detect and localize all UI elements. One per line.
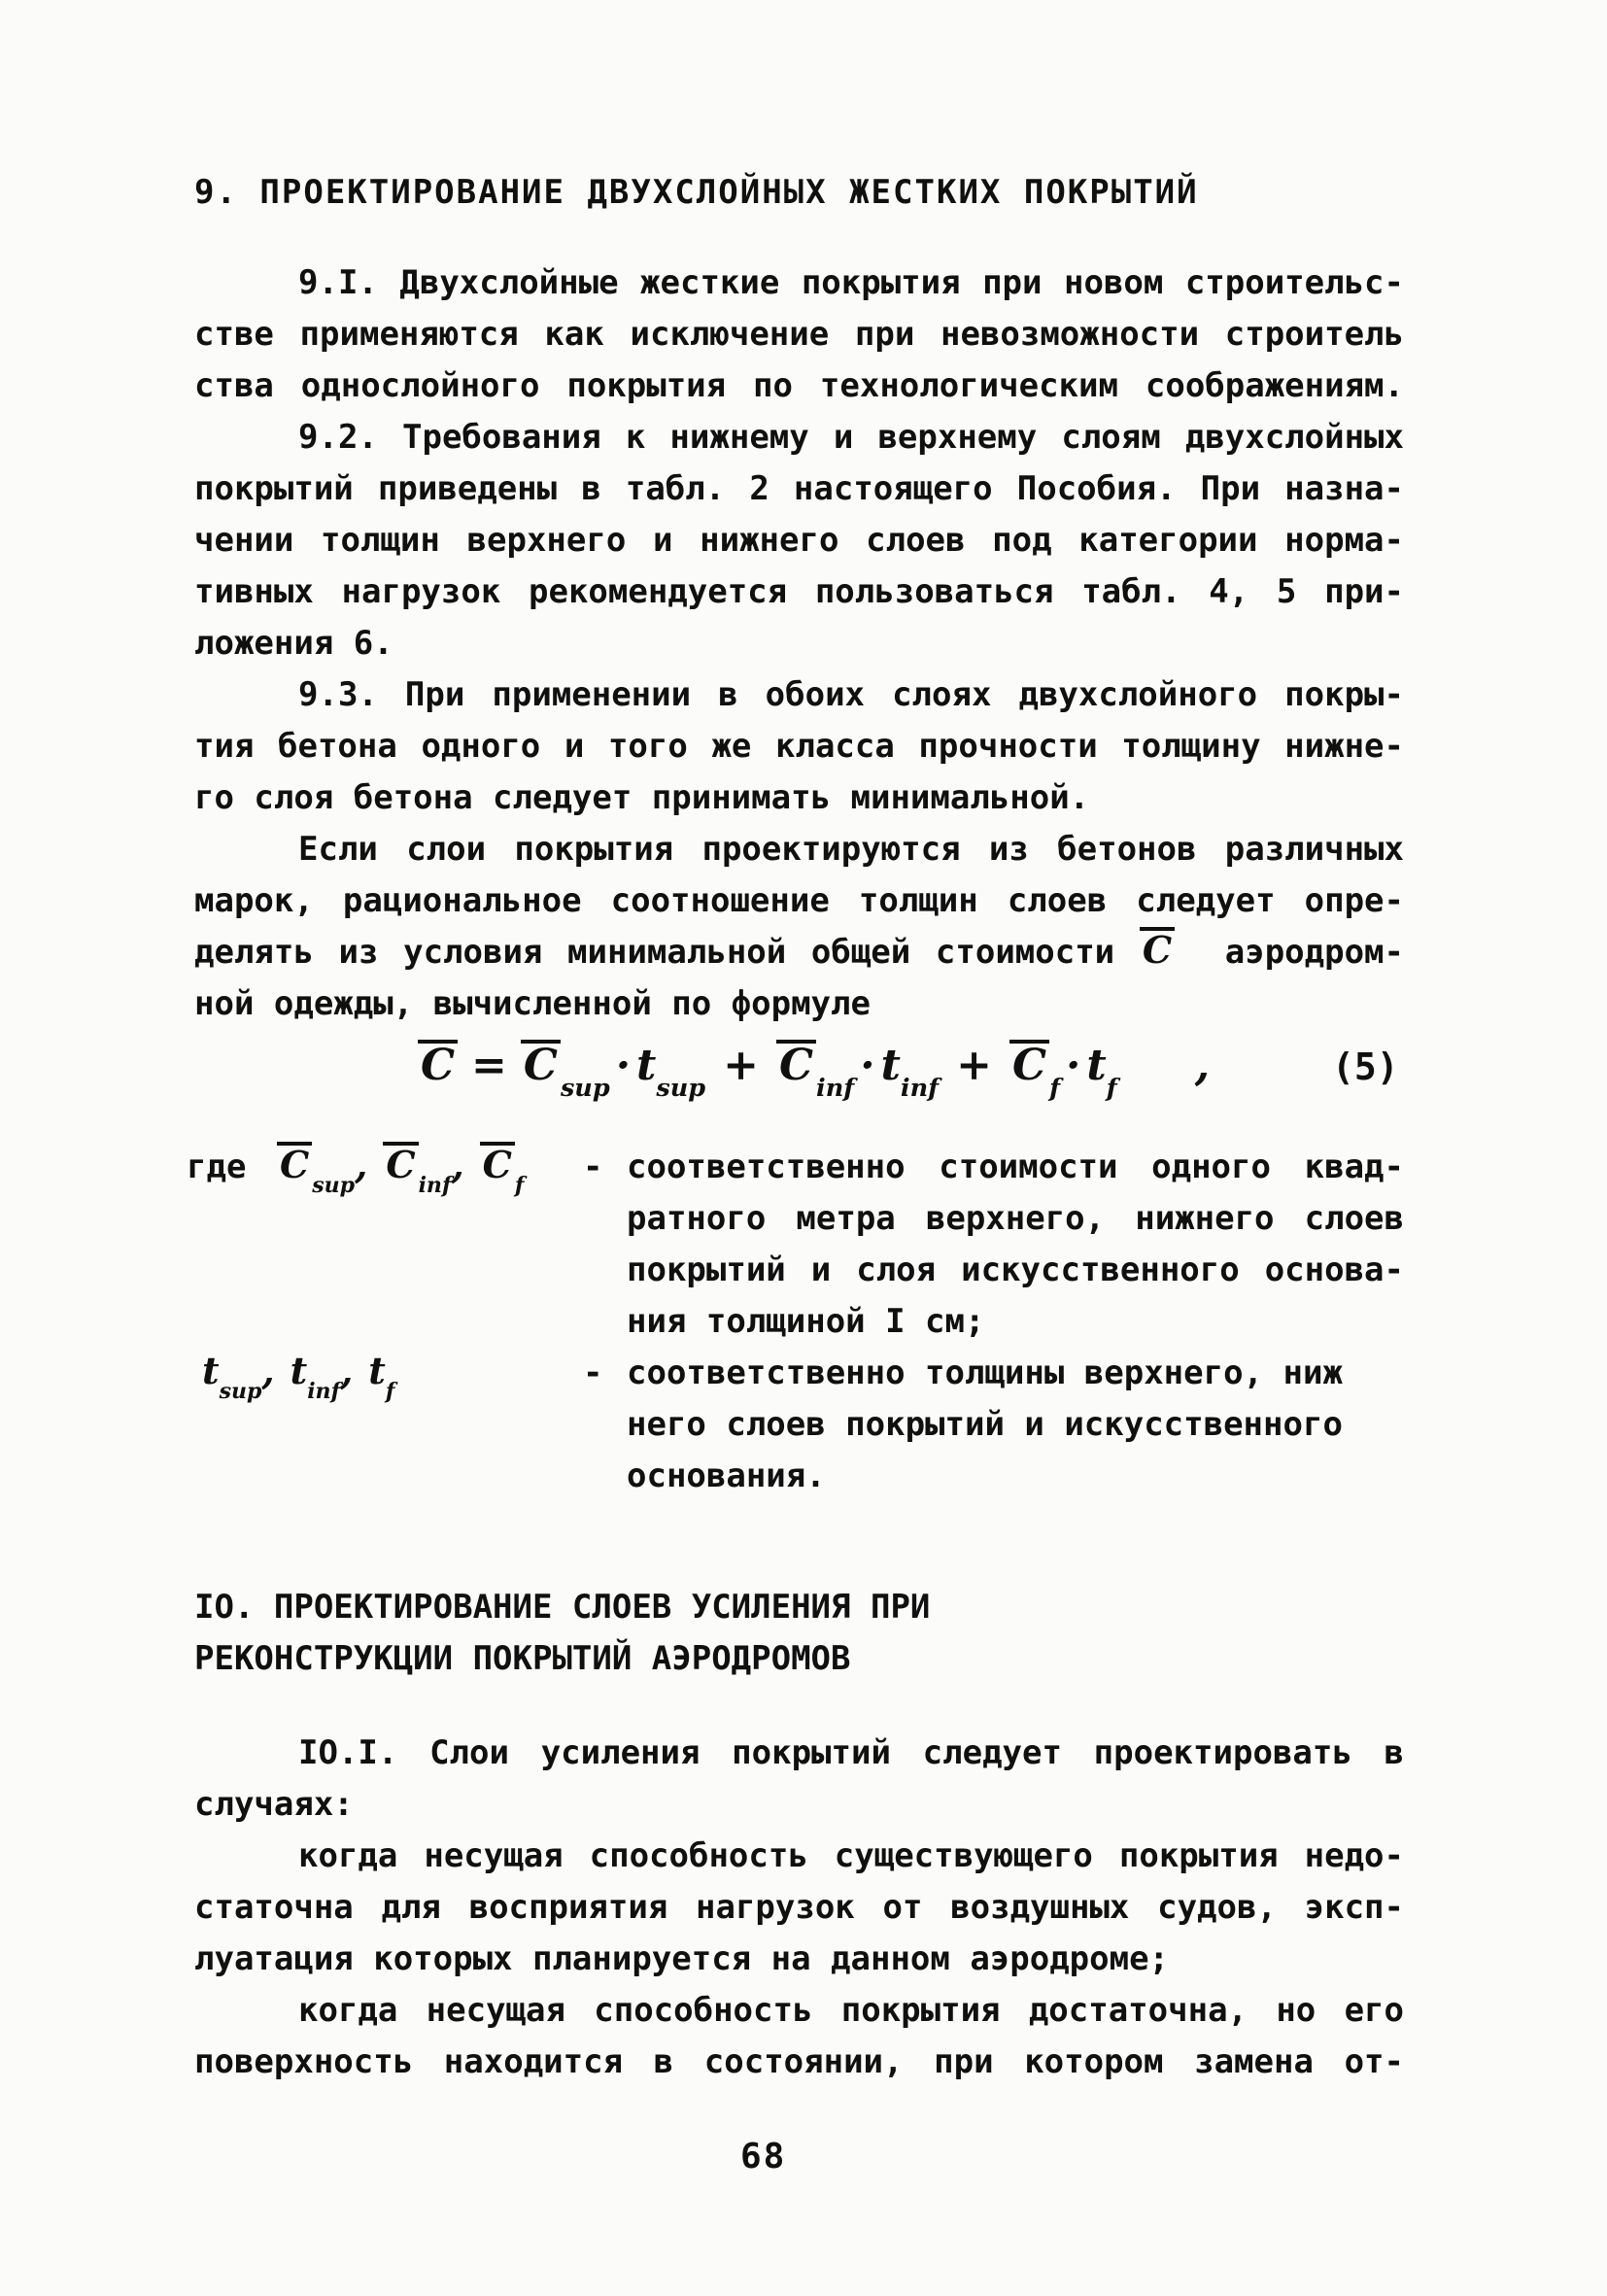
text-line: ства однослойного покрытия по технологич…: [194, 360, 1404, 412]
text-line: 9.I. Двухслойные жесткие покрытия при но…: [194, 257, 1404, 309]
subscript-f: f: [1049, 1074, 1060, 1103]
c-bar-sup: C: [277, 1142, 312, 1183]
t-f: t: [1086, 1041, 1106, 1090]
comma: ,: [451, 1143, 463, 1186]
text-line: тия бетона одного и того же класса прочн…: [194, 721, 1404, 772]
section-10-title-line1: IO. ПРОЕКТИРОВАНИЕ СЛОЕВ УСИЛЕНИЯ ПРИ: [194, 1582, 1404, 1633]
text-fragment: соответственно толщины верхнего, ниж: [627, 1354, 1343, 1392]
c-bar-symbol: C: [1140, 927, 1175, 969]
text-line: -соответственно толщины верхнего, ниж: [627, 1348, 1404, 1399]
text-line-with-symbol: делять из условия минимальной общей стои…: [194, 927, 1404, 978]
text-line: чении толщин верхнего и нижнего слоев по…: [194, 515, 1404, 566]
paragraph-9-2: 9.2. Требования к нижнему и верхнему сло…: [194, 412, 1404, 669]
equation-number: (5): [1332, 1042, 1399, 1093]
multiply-dot: ·: [1066, 1041, 1080, 1090]
plus-sign: +: [723, 1041, 759, 1090]
text-line: когда несущая способность существующего …: [194, 1831, 1404, 1882]
c-bar-f: C: [1009, 1040, 1049, 1087]
formula-5: C=Csup·tsup+Cinf·tinf+Cf·tf,: [418, 1032, 1210, 1115]
paragraph-kogda-1: когда несущая способность существующего …: [194, 1831, 1404, 1985]
comma: ,: [340, 1349, 353, 1392]
text-line: Если слои покрытия проектируются из бето…: [194, 824, 1404, 875]
page-number: 68: [740, 2131, 786, 2182]
section-9-heading: 9. ПРОЕКТИРОВАНИЕ ДВУХСЛОЙНЫХ ЖЕСТКИХ ПО…: [194, 167, 1404, 219]
dash: -: [583, 1348, 627, 1399]
text-line: случаях:: [194, 1779, 1404, 1831]
subscript-sup: sup: [656, 1074, 705, 1103]
text-line: IO.I. Слои усиления покрытий следует про…: [194, 1728, 1404, 1779]
dash: -: [583, 1142, 627, 1193]
text-line: стве применяются как исключение при нево…: [194, 309, 1404, 360]
subscript-f: f: [1107, 1074, 1117, 1103]
c-bar-f: C: [480, 1142, 515, 1183]
text-line: 9.2. Требования к нижнему и верхнему сло…: [194, 412, 1404, 463]
text-line: 9.3. При применении в обоих слоях двухсл…: [194, 669, 1404, 721]
text-line: -соответственно стоимости одного квад-: [627, 1142, 1404, 1193]
multiply-dot: ·: [616, 1041, 631, 1090]
text-line: ратного метра верхнего, нижнего слоев: [627, 1193, 1404, 1245]
subscript-inf: inf: [419, 1173, 452, 1198]
text-line: ния толщиной I см;: [627, 1296, 1404, 1348]
text-line: покрытий приведены в табл. 2 настоящего …: [194, 463, 1404, 515]
paragraph-9-3: 9.3. При применении в обоих слоях двухсл…: [194, 669, 1404, 824]
text-line: тивных нагрузок рекомендуется пользовать…: [194, 566, 1404, 618]
text-line: когда несущая способность покрытия доста…: [194, 1985, 1404, 2037]
c-bar: C: [418, 1040, 458, 1087]
text-line: ложения 6.: [194, 618, 1404, 669]
text-fragment: соответственно стоимости одного квад-: [627, 1148, 1404, 1186]
where-desc-c: -соответственно стоимости одного квад- р…: [583, 1142, 1404, 1348]
comma: ,: [355, 1143, 367, 1186]
paragraph-10-1: IO.I. Слои усиления покрытий следует про…: [194, 1728, 1404, 1831]
text-fragment: аэродром-: [1225, 933, 1404, 972]
where-desc-t: -соответственно толщины верхнего, ниж не…: [583, 1348, 1404, 1502]
paragraph-kogda-2: когда несущая способность покрытия доста…: [194, 1985, 1404, 2088]
text-line: ной одежды, вычисленной по формуле: [194, 978, 1404, 1030]
t-f: t: [368, 1349, 386, 1392]
c-variables: Csup,Cinf,Cf: [277, 1134, 524, 1211]
subscript-sup: sup: [561, 1074, 610, 1103]
subscript-inf: inf: [307, 1379, 340, 1404]
text-line: го слоя бетона следует принимать минимал…: [194, 772, 1404, 824]
section-10-heading: IO. ПРОЕКТИРОВАНИЕ СЛОЕВ УСИЛЕНИЯ ПРИ РЕ…: [194, 1582, 1404, 1685]
t-inf: t: [881, 1041, 901, 1090]
multiply-dot: ·: [860, 1041, 874, 1090]
section-10-title-line2: РЕКОНСТРУКЦИИ ПОКРЫТИЙ АЭРОДРОМОВ: [194, 1633, 1404, 1685]
c-bar-inf: C: [776, 1040, 816, 1087]
text-line: него слоев покрытий и искусственного: [627, 1399, 1404, 1451]
t-inf: t: [291, 1349, 308, 1392]
t-sup: t: [202, 1349, 220, 1392]
where-label: где: [187, 1142, 246, 1193]
subscript-sup: sup: [312, 1173, 355, 1198]
t-variables: tsup,tinf,tf: [202, 1340, 394, 1417]
text-fragment: делять из условия минимальной общей стои…: [194, 933, 1114, 972]
subscript-inf: inf: [901, 1074, 939, 1103]
formula-comma: ,: [1195, 1041, 1210, 1090]
subscript-sup: sup: [220, 1379, 262, 1404]
paragraph-esli: Если слои покрытия проектируются из бето…: [194, 824, 1404, 1030]
comma: ,: [261, 1349, 274, 1392]
equals-sign: =: [471, 1041, 507, 1090]
t-sup: t: [636, 1041, 656, 1090]
subscript-inf: inf: [816, 1074, 854, 1103]
text-line: луатация которых планируется на данном а…: [194, 1934, 1404, 1985]
plus-sign: +: [956, 1041, 992, 1090]
section-9-title: 9. ПРОЕКТИРОВАНИЕ ДВУХСЛОЙНЫХ ЖЕСТКИХ ПО…: [194, 167, 1404, 219]
text-line: статочна для восприятия нагрузок от возд…: [194, 1882, 1404, 1934]
c-bar-inf: C: [383, 1142, 418, 1183]
paragraph-9-1: 9.I. Двухслойные жесткие покрытия при но…: [194, 257, 1404, 412]
text-line: поверхность находится в состоянии, при к…: [194, 2037, 1404, 2088]
scanned-document-page: { "page_number": "68", "s9": { "heading"…: [0, 0, 1607, 2296]
text-line: покрытий и слоя искусственного основа-: [627, 1245, 1404, 1296]
text-line: основания.: [627, 1451, 1404, 1502]
text-line: марок, рациональное соотношение толщин с…: [194, 875, 1404, 927]
c-bar-sup: C: [521, 1040, 561, 1087]
subscript-f: f: [386, 1379, 394, 1404]
subscript-f: f: [515, 1173, 524, 1198]
